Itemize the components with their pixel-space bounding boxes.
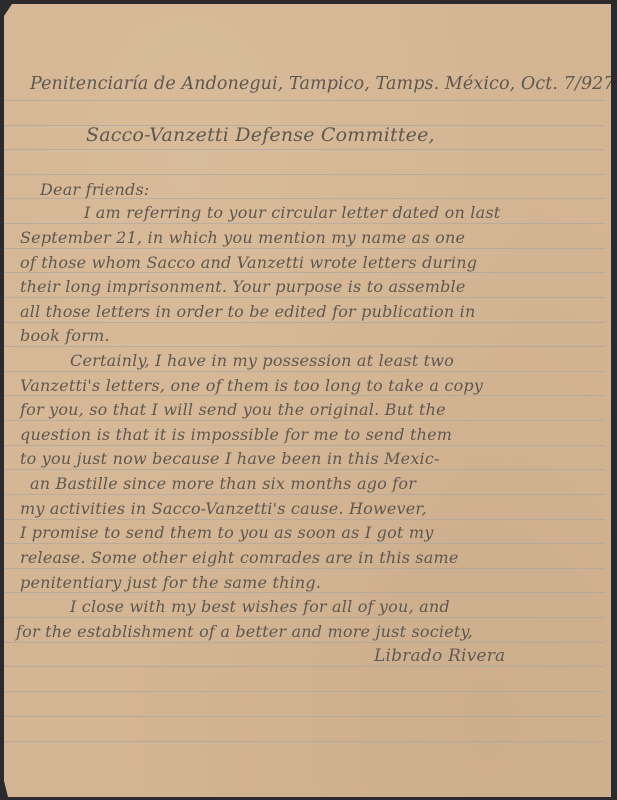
place-and-date: Penitenciaría de Andonegui, Tampico, Tam… bbox=[30, 74, 615, 94]
ruled-line bbox=[4, 346, 605, 347]
letter-line: of those whom Sacco and Vanzetti wrote l… bbox=[20, 253, 477, 272]
ruled-line bbox=[4, 223, 605, 224]
letter-line: question is that it is impossible for me… bbox=[20, 425, 452, 444]
letter-line: I am referring to your circular letter d… bbox=[84, 203, 500, 222]
ruled-line bbox=[4, 642, 605, 643]
ruled-line bbox=[4, 617, 605, 618]
ruled-line bbox=[4, 272, 605, 273]
ruled-line bbox=[4, 149, 605, 150]
recipient-heading: Sacco-Vanzetti Defense Committee, bbox=[86, 124, 435, 146]
letter-line: an Bastille since more than six months a… bbox=[30, 474, 416, 493]
scan-background: Penitenciaría de Andonegui, Tampico, Tam… bbox=[0, 0, 617, 800]
ruled-line bbox=[4, 716, 605, 717]
ruled-line bbox=[4, 741, 605, 742]
letter-line: for you, so that I will send you the ori… bbox=[20, 400, 446, 419]
letter-line: their long imprisonment. Your purpose is… bbox=[20, 277, 466, 296]
letter-line: all those letters in order to be edited … bbox=[20, 302, 476, 321]
ruled-line bbox=[4, 371, 605, 372]
ruled-line bbox=[4, 297, 605, 298]
ruled-line bbox=[4, 543, 605, 544]
letter-line: my activities in Sacco-Vanzetti's cause.… bbox=[20, 499, 427, 518]
ruled-line bbox=[4, 420, 605, 421]
ruled-line bbox=[4, 494, 605, 495]
letter-page: Penitenciaría de Andonegui, Tampico, Tam… bbox=[4, 4, 611, 797]
ruled-line bbox=[4, 395, 605, 396]
signature: Librado Rivera bbox=[374, 646, 505, 666]
letter-line: I close with my best wishes for all of y… bbox=[70, 597, 450, 616]
ruled-line bbox=[4, 691, 605, 692]
ruled-line bbox=[4, 322, 605, 323]
letter-line: I promise to send them to you as soon as… bbox=[20, 523, 433, 542]
letter-line: September 21, in which you mention my na… bbox=[20, 228, 465, 247]
letter-line: Certainly, I have in my possession at le… bbox=[70, 351, 454, 370]
letter-line: penitentiary just for the same thing. bbox=[20, 573, 321, 592]
ruled-line bbox=[4, 248, 605, 249]
letter-line: to you just now because I have been in t… bbox=[20, 449, 440, 468]
ruled-line bbox=[4, 568, 605, 569]
ruled-line bbox=[4, 666, 605, 667]
ruled-line bbox=[4, 519, 605, 520]
ruled-line bbox=[4, 469, 605, 470]
letter-line: Vanzetti's letters, one of them is too l… bbox=[20, 376, 483, 395]
letter-line: book form. bbox=[20, 326, 110, 345]
letter-line: for the establishment of a better and mo… bbox=[16, 622, 473, 641]
ruled-line bbox=[4, 100, 605, 101]
ruled-line bbox=[4, 592, 605, 593]
ruled-line bbox=[4, 174, 605, 175]
salutation: Dear friends: bbox=[40, 180, 149, 199]
letter-line: release. Some other eight comrades are i… bbox=[20, 548, 459, 567]
ruled-line bbox=[4, 445, 605, 446]
